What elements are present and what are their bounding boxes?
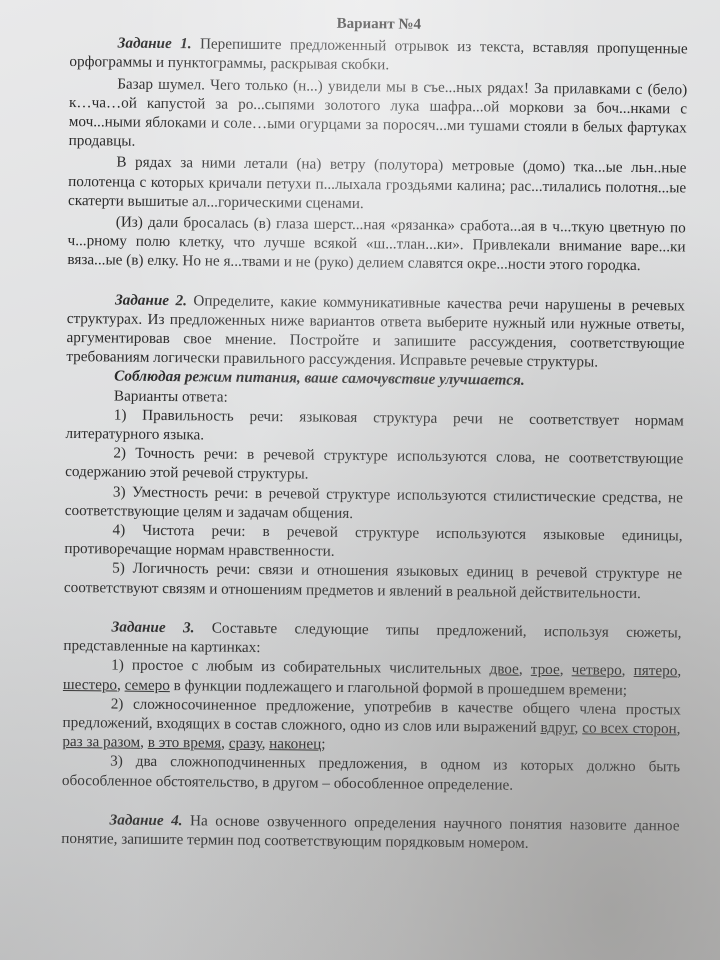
underlined-word: со всех сторон	[582, 719, 677, 737]
task2-option-2: 2) Точность речи: в речевой структуре ис…	[65, 443, 683, 488]
task1-paragraph-2: В рядах за ними летали (на) ветру (полут…	[68, 152, 687, 216]
task1-label: Задание 1.	[118, 35, 192, 53]
underlined-word: четверо	[572, 662, 622, 680]
task2-option-4: 4) Чистота речи: в речевой структуре исп…	[64, 520, 682, 565]
underlined-word: раз за разом	[62, 733, 140, 751]
task4-instruction: Задание 4. На основе озвученного определ…	[61, 810, 679, 855]
underlined-word: семеро	[125, 676, 170, 693]
task4-label: Задание 4.	[109, 811, 182, 829]
underlined-word: пятеро	[634, 662, 678, 679]
underlined-word: шестеро	[63, 675, 117, 693]
task2-label: Задание 2.	[115, 291, 187, 309]
task3-item-1: 1) простое с любым из собирательных числ…	[63, 655, 681, 700]
task2-option-3: 3) Уместность речи: в речевой структуре …	[65, 482, 683, 527]
underlined-word: двое	[489, 661, 519, 678]
task3-item-3: 3) два сложноподчиненных предложения, в …	[62, 751, 680, 796]
task3-label: Задание 3.	[111, 618, 194, 636]
task3-instruction: Задание 3. Составьте следующие типы пред…	[63, 617, 681, 662]
task2-instruction: Задание 2. Определите, какие коммуникати…	[66, 290, 685, 373]
task3-item-2: 2) сложносочиненное предложение, употреб…	[62, 694, 681, 758]
task1-paragraph-1: Базар шумел. Чего только (н...) увидели …	[69, 74, 688, 157]
underlined-word: сразу	[229, 735, 262, 752]
task2-option-5: 5) Логичность речи: связи и отношения яз…	[64, 558, 682, 603]
underlined-word: наконец	[269, 735, 321, 753]
underlined-word: в это время	[148, 734, 222, 752]
task2-option-1: 1) Правильность речи: языковая структура…	[65, 405, 683, 450]
document-page: Вариант №4 Задание 1. Перепишите предлож…	[61, 12, 688, 855]
task1-instruction: Задание 1. Перепишите предложенный отрыв…	[69, 33, 687, 78]
task1-paragraph-3: (Из) дали бросалась (в) глаза шерст...на…	[67, 212, 686, 276]
underlined-word: трое	[531, 661, 560, 678]
underlined-word: вдруг	[540, 719, 574, 736]
